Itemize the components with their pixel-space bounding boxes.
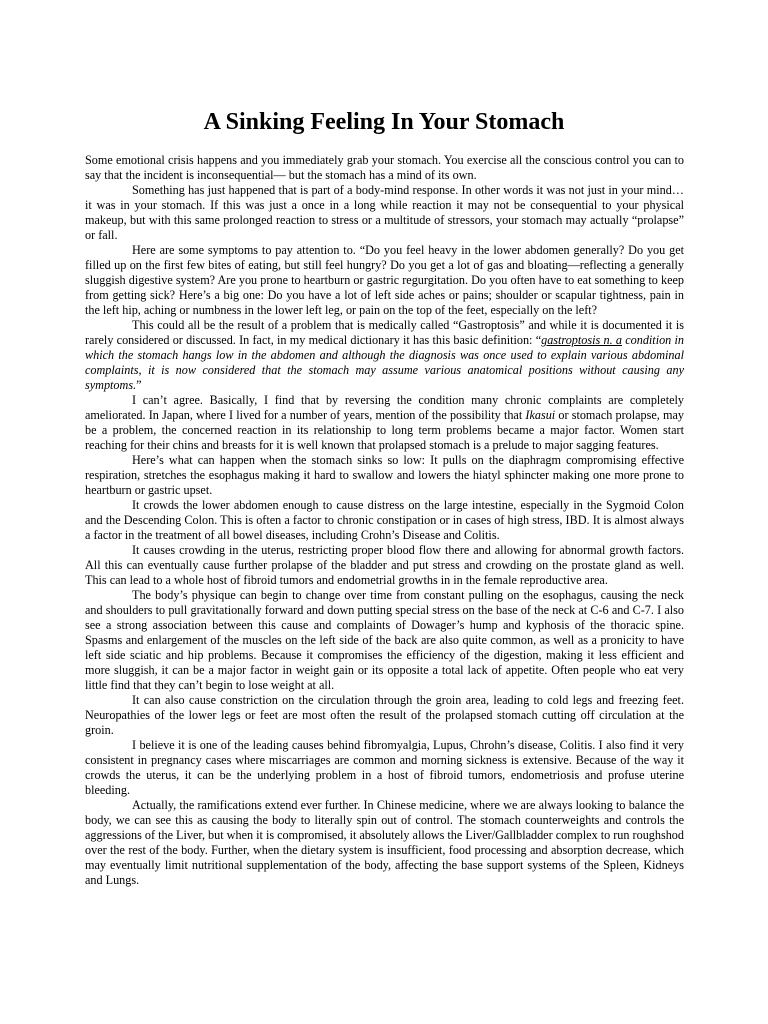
document-page: A Sinking Feeling In Your Stomach Some e…	[0, 0, 768, 1024]
paragraph: Here are some symptoms to pay attention …	[85, 243, 684, 318]
text-run: Here are some symptoms to pay attention …	[85, 243, 684, 317]
paragraph: The body’s physique can begin to change …	[85, 588, 684, 693]
foreign-term: Ikasui	[525, 408, 555, 422]
paragraph: I believe it is one of the leading cause…	[85, 738, 684, 798]
text-run: Actually, the ramifications extend ever …	[85, 798, 684, 887]
paragraph: Actually, the ramifications extend ever …	[85, 798, 684, 888]
text-run: Something has just happened that is part…	[85, 183, 684, 242]
document-title: A Sinking Feeling In Your Stomach	[0, 0, 768, 136]
text-run: I believe it is one of the leading cause…	[85, 738, 684, 797]
text-run: ”	[136, 378, 141, 392]
paragraph: Some emotional crisis happens and you im…	[85, 153, 684, 183]
paragraph: It can also cause constriction on the ci…	[85, 693, 684, 738]
paragraph: It crowds the lower abdomen enough to ca…	[85, 498, 684, 543]
paragraph: I can’t agree. Basically, I find that by…	[85, 393, 684, 453]
paragraph: Something has just happened that is part…	[85, 183, 684, 243]
paragraph: Here’s what can happen when the stomach …	[85, 453, 684, 498]
text-run: Some emotional crisis happens and you im…	[85, 153, 684, 182]
paragraph: It causes crowding in the uterus, restri…	[85, 543, 684, 588]
paragraph: This could all be the result of a proble…	[85, 318, 684, 393]
text-run: It causes crowding in the uterus, restri…	[85, 543, 684, 587]
text-run: It crowds the lower abdomen enough to ca…	[85, 498, 684, 542]
document-body: Some emotional crisis happens and you im…	[85, 153, 684, 888]
text-run: It can also cause constriction on the ci…	[85, 693, 684, 737]
text-run: Here’s what can happen when the stomach …	[85, 453, 684, 497]
definition-term: gastroptosis n. a	[541, 333, 622, 347]
text-run: The body’s physique can begin to change …	[85, 588, 684, 692]
